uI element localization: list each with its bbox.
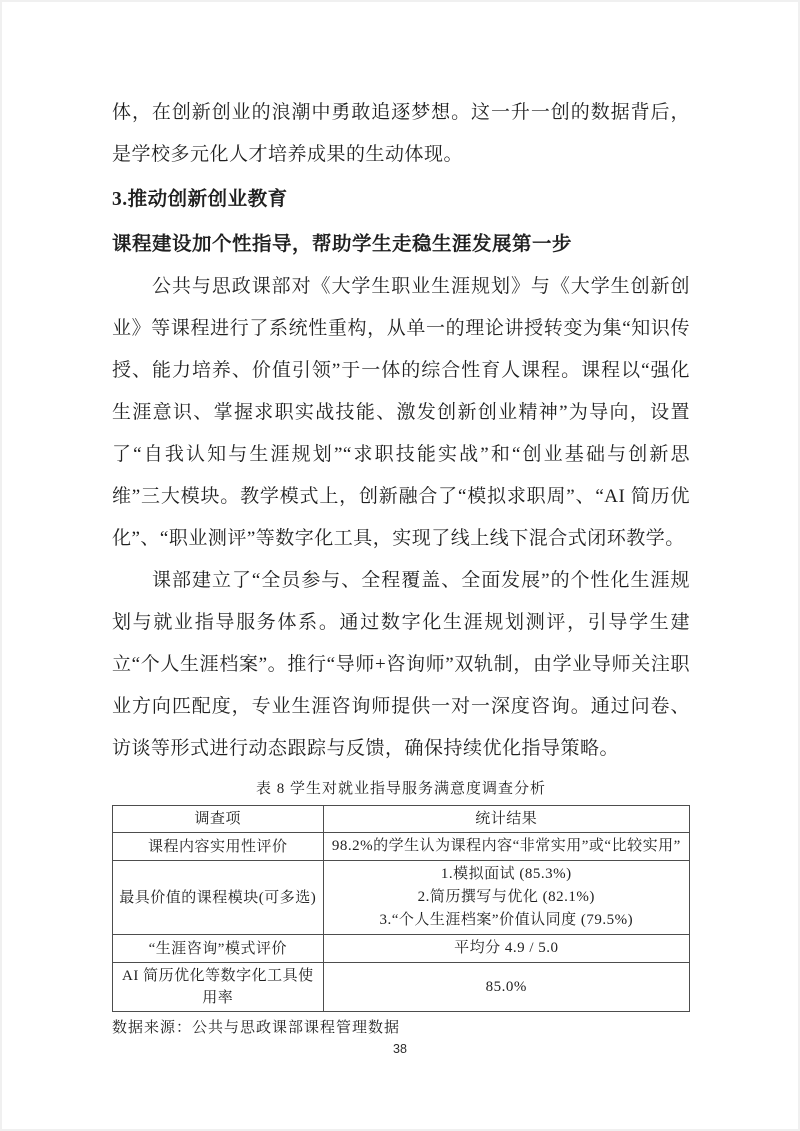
paragraph-course-reconstruction: 公共与思政课部对《大学生职业生涯规划》与《大学生创新创业》等课程进行了系统性重构… [112,266,690,560]
column-header-item: 调查项 [113,806,324,833]
paragraph-continuation: 体，在创新创业的浪潮中勇敢追逐梦想。这一升一创的数据背后，是学校多元化人才培养成… [112,92,690,176]
table-row: 课程内容实用性评价 98.2%的学生认为课程内容“非常实用”或“比较实用” [113,833,690,861]
table-source-note: 数据来源：公共与思政课部课程管理数据 [112,1016,690,1040]
table-header-row: 调查项 统计结果 [113,806,690,833]
table-cell-result: 85.0% [323,963,689,1012]
table-row: AI 简历优化等数字化工具使用率 85.0% [113,963,690,1012]
table-cell-result: 平均分 4.9 / 5.0 [323,935,689,963]
table-cell-item: AI 简历优化等数字化工具使用率 [113,963,324,1012]
section-heading: 3.推动创新创业教育 [112,179,690,221]
document-page: 体，在创新创业的浪潮中勇敢追逐梦想。这一升一创的数据背后，是学校多元化人才培养成… [0,0,800,1131]
table-cell-item: “生涯咨询”模式评价 [113,935,324,963]
result-line: 2.简历撰写与优化 (82.1%) [328,886,685,909]
page-number: 38 [0,1042,800,1056]
table-caption: 表 8 学生对就业指导服务满意度调查分析 [112,776,690,802]
table-cell-result: 98.2%的学生认为课程内容“非常实用”或“比较实用” [323,833,689,861]
survey-table: 调查项 统计结果 课程内容实用性评价 98.2%的学生认为课程内容“非常实用”或… [112,805,690,1012]
table-cell-result: 1.模拟面试 (85.3%) 2.简历撰写与优化 (82.1%) 3.“个人生涯… [323,861,689,935]
result-line: 85.0% [328,976,685,999]
table-cell-item: 课程内容实用性评价 [113,833,324,861]
sub-heading: 课程建设加个性指导，帮助学生走稳生涯发展第一步 [112,224,690,266]
column-header-result: 统计结果 [323,806,689,833]
table-row: 最具价值的课程模块(可多选) 1.模拟面试 (85.3%) 2.简历撰写与优化 … [113,861,690,935]
result-line: 3.“个人生涯档案”价值认同度 (79.5%) [328,909,685,932]
document-content: 体，在创新创业的浪潮中勇敢追逐梦想。这一升一创的数据背后，是学校多元化人才培养成… [112,92,690,1040]
paragraph-guidance-system: 课部建立了“全员参与、全程覆盖、全面发展”的个性化生涯规划与就业指导服务体系。通… [112,560,690,770]
table-cell-item: 最具价值的课程模块(可多选) [113,861,324,935]
table-row: “生涯咨询”模式评价 平均分 4.9 / 5.0 [113,935,690,963]
result-line: 98.2%的学生认为课程内容“非常实用”或“比较实用” [328,835,685,858]
result-line: 1.模拟面试 (85.3%) [328,863,685,886]
result-line: 平均分 4.9 / 5.0 [328,937,685,960]
